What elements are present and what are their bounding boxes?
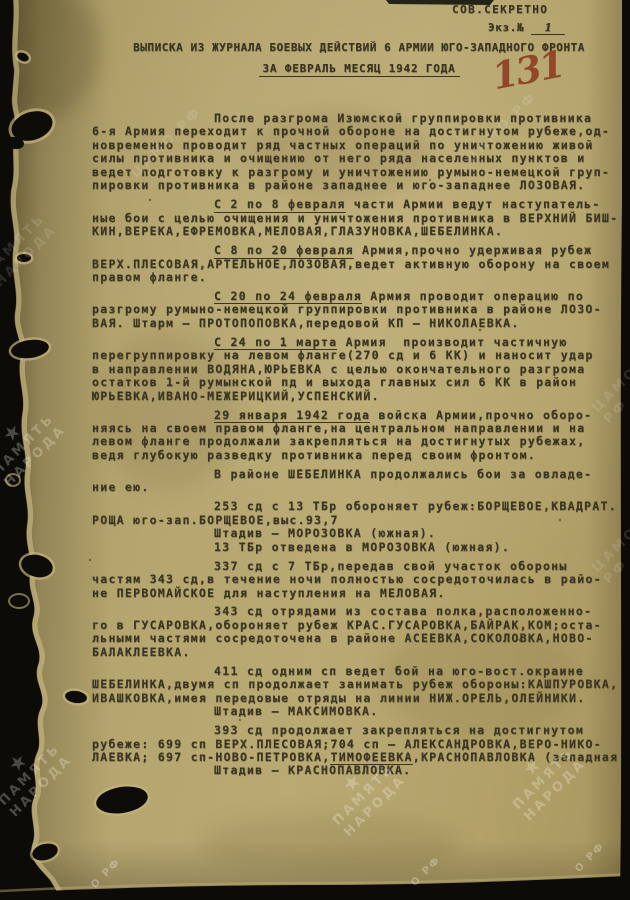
classification-stamp: СОВ.СЕКРЕТНО xyxy=(452,3,548,16)
doc-paragraph: В районе ШЕБЕЛИНКА продолжались бои за о… xyxy=(92,468,626,495)
doc-paragraph: С 2 по 8 февраля части Армии ведут насту… xyxy=(92,198,626,238)
doc-line: 13 ТБр отведена в МОРОЗОВКА (южная). xyxy=(92,541,626,554)
document-scan: СОВ.СЕКРЕТНО Экз.№ 1 ВЫПИСКА ИЗ ЖУРНАЛА … xyxy=(0,0,630,900)
doc-paragraph: С 8 по 20 февраля Армия,прочно удерживая… xyxy=(92,244,626,284)
doc-line: ние ею. xyxy=(92,481,626,494)
doc-line: ВЕРХ.ПЛЕСОВАЯ,АРТЕЛЬНОЕ,ЛОЗОВАЯ,ведет ак… xyxy=(92,258,626,271)
doc-paragraph: 343 сд отрядами из состава полка,располо… xyxy=(92,605,626,659)
doc-line: остатков 1-й румынской пд и выхода главн… xyxy=(92,376,626,389)
copy-number: 1 xyxy=(531,21,565,35)
doc-line: новременно проводит ряд частных операций… xyxy=(92,139,626,152)
doc-line: Штадив – МАКСИМОВКА. xyxy=(92,705,626,718)
doc-line: 6-я Армия переходит к прочной обороне на… xyxy=(92,125,626,138)
doc-line: Штадив – КРАСНОПАВЛОВКА. xyxy=(92,764,626,777)
doc-paragraph: После разгрома Изюмской группировки прот… xyxy=(92,112,626,193)
doc-line: РОЩА юго-зап.БОРЩЕВОЕ,выс.93,7 xyxy=(92,514,626,527)
doc-line: ИВАШКОВКА,имея передовые отряды на линии… xyxy=(92,692,626,705)
doc-line: 337 сд с 7 ТБр,передав свой участок обор… xyxy=(92,560,626,573)
doc-line: С 8 по 20 февраля Армия,прочно удерживая… xyxy=(92,244,626,257)
doc-line: Штадив – МОРОЗОВКА (южная). xyxy=(92,527,626,540)
doc-line: КИН,ВЕРЕКА,ЕФРЕМОВКА,МЕЛОВАЯ,ГЛАЗУНОВКА,… xyxy=(92,225,626,238)
doc-line: ведя глубокую разведку противника перед … xyxy=(92,449,626,462)
doc-line: ВАЯ. Штарм – ПРОТОПОПОВКА,передовой КП –… xyxy=(92,317,626,330)
doc-paragraph: 253 сд с 13 ТБр обороняет рубеж:БОРЩЕВОЕ… xyxy=(92,500,626,554)
doc-line: С 20 по 24 февраля Армия проводит операц… xyxy=(92,290,626,303)
doc-paragraph: 337 сд с 7 ТБр,передав свой участок обор… xyxy=(92,560,626,600)
doc-line: го в ГУСАРОВКА,обороняет рубеж КРАС.ГУСА… xyxy=(92,619,626,632)
document-content: СОВ.СЕКРЕТНО Экз.№ 1 ВЫПИСКА ИЗ ЖУРНАЛА … xyxy=(0,0,630,900)
doc-line: 393 сд продолжает закрепляться на достиг… xyxy=(92,724,626,737)
doc-line: разгрому румыно-немецкой группировки про… xyxy=(92,303,626,316)
doc-paragraph: 411 сд одним сп ведет бой на юго-вост.ок… xyxy=(92,665,626,719)
copy-label: Экз.№ xyxy=(488,21,524,34)
doc-line: левом фланге продолжали закрепляться на … xyxy=(92,435,626,448)
doc-line: перегруппировку на левом фланге(270 сд и… xyxy=(92,349,626,362)
doc-paragraph: 29 января 1942 года войска Армии,прочно … xyxy=(92,409,626,463)
doc-line: ведет подготовку к разгрому и уничтожени… xyxy=(92,166,626,179)
doc-line: рубеже: 699 сп ВЕРХ.ПЛЕСОВАЯ;704 сп – АЛ… xyxy=(92,738,626,751)
doc-line: С 24 по 1 марта Армия производит частичн… xyxy=(92,336,626,349)
doc-line: льными частями сосредоточена в районе АС… xyxy=(92,632,626,645)
doc-line: не ПЕРВОМАЙСКОЕ для наступления на МЕЛОВ… xyxy=(92,587,626,600)
doc-body: После разгрома Изюмской группировки прот… xyxy=(92,112,626,778)
doc-line: силы противника и очищению от него ряда … xyxy=(92,152,626,165)
doc-line: 29 января 1942 года войска Армии,прочно … xyxy=(92,409,626,422)
doc-line: пировки противника в районе западнее и ю… xyxy=(92,179,626,192)
doc-paragraph: 393 сд продолжает закрепляться на достиг… xyxy=(92,724,626,778)
doc-line: ШЕБЕЛИНКА,двумя сп продолжает занимать р… xyxy=(92,678,626,691)
doc-line: ЛАЕВКА; 697 сп-НОВО-ПЕТРОВКА,ТИМОФЕЕВКА,… xyxy=(92,751,626,764)
doc-line: 253 сд с 13 ТБр обороняет рубеж:БОРЩЕВОЕ… xyxy=(92,500,626,513)
doc-paragraph: С 20 по 24 февраля Армия проводит операц… xyxy=(92,290,626,330)
doc-line: частям 343 сд,в течение ночи полностью с… xyxy=(92,573,626,586)
doc-line: в направлении ВОДЯНА,ЮРЬЕВКА с целью око… xyxy=(92,363,626,376)
copy-number-line: Экз.№ 1 xyxy=(488,21,565,35)
doc-line: ные бои с целью очищения и уничтожения п… xyxy=(92,212,626,225)
doc-line: БАЛАКЛЕЕВКА. xyxy=(92,646,626,659)
doc-line: В районе ШЕБЕЛИНКА продолжались бои за о… xyxy=(92,468,626,481)
doc-paragraph: С 24 по 1 марта Армия производит частичн… xyxy=(92,336,626,403)
doc-line: правом фланге. xyxy=(92,271,626,284)
doc-line: 343 сд отрядами из состава полка,располо… xyxy=(92,605,626,618)
doc-line: С 2 по 8 февраля части Армии ведут насту… xyxy=(92,198,626,211)
doc-line: ЮРЬЕВКА,ИВАНО-МЕЖЕРИЦКИЙ,УСПЕНСКИЙ. xyxy=(92,390,626,403)
